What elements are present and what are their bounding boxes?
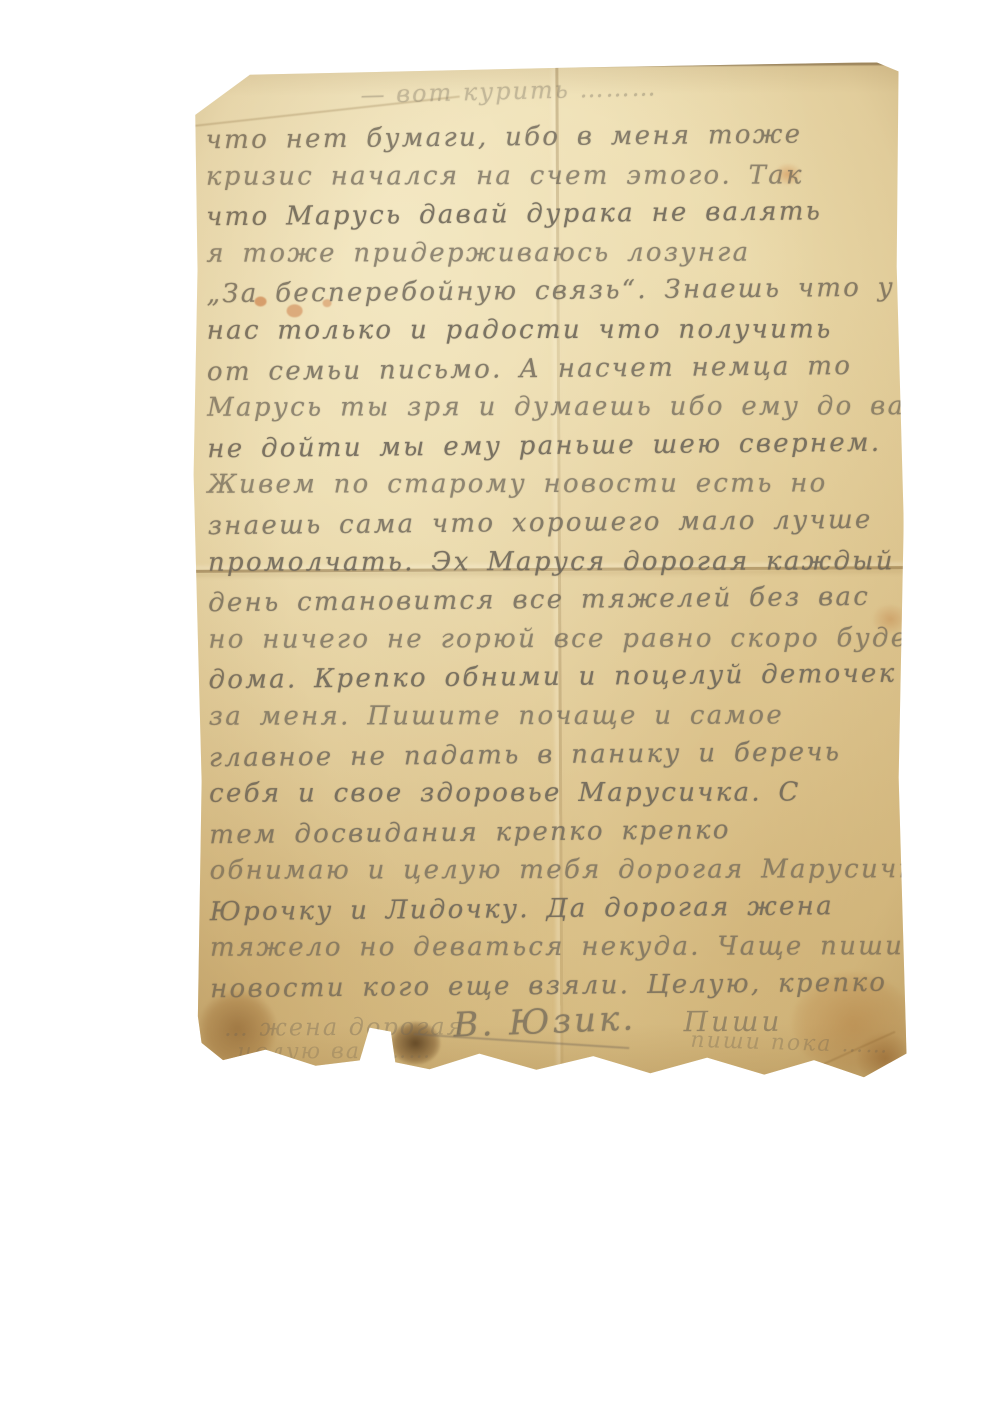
letter-line: кризис начался на счет этого. Так [206,156,882,196]
letter-line: от семьи письмо. А насчет немца то [207,346,883,391]
letter-line: за меня. Пишите почаще и самое [209,696,885,736]
scan-background: — вот курить ……… что нет бумаги, ибо в м… [0,0,1000,1414]
letter-line: что Марусь давай дурака не валять [206,192,882,237]
faint-header-note: — вот курить ……… [360,73,658,109]
letter-line: Юрочку и Лидочку. Да дорогая жена [210,887,886,932]
letter-body: что нет бумаги, ибо в меня тоже кризис н… [206,116,887,1007]
letter-line: дома. Крепко обними и поцелуй деточек [208,655,884,700]
letter-line: я тоже придерживаюсь лозунга [206,233,882,273]
letter-line: Живем по старому новости есть но [207,465,883,505]
letter-line: нас только и радости что получить [207,310,883,350]
letter-line: промолчать. Эх Маруся дорогая каждый [208,542,884,582]
letter-line: день становится все тяжелей без вас [208,578,884,623]
letter-line: тем досвидания крепко крепко [209,809,885,854]
bottom-faint-text-left: целую вас …… [237,1039,432,1065]
letter-line: но ничего не горюй все равно скоро будем [208,619,884,659]
letter-line: себя и свое здоровье Марусичка. С [209,773,885,813]
bottom-faint-text-right: пиши пока …… [690,1028,890,1059]
letter-line: главное не падать в панику и беречь [209,732,885,777]
paper-top-edge [189,62,901,69]
letter-line: не дойти мы ему раньше шею свернем. [207,424,883,469]
letter-line: тяжело но деваться некуда. Чаще пишите [210,928,886,968]
letter-line: „За бесперебойную связь“. Знаешь что у [206,269,882,314]
letter-line: знаешь сама что хорошего мало лучше [208,501,884,546]
letter-line: Марусь ты зря и думаешь ибо ему до вас [207,387,883,427]
letter-line: что нет бумаги, ибо в меня тоже [206,115,882,160]
paper-sheet: — вот курить ……… что нет бумаги, ибо в м… [189,62,906,1088]
bottom-faint-row: целую вас …… пиши пока …… [210,1036,886,1070]
closing-faint-text: … жена дорогая [224,1012,465,1041]
letter-line: обнимаю и целую тебя дорогая Марусичка [210,851,886,891]
